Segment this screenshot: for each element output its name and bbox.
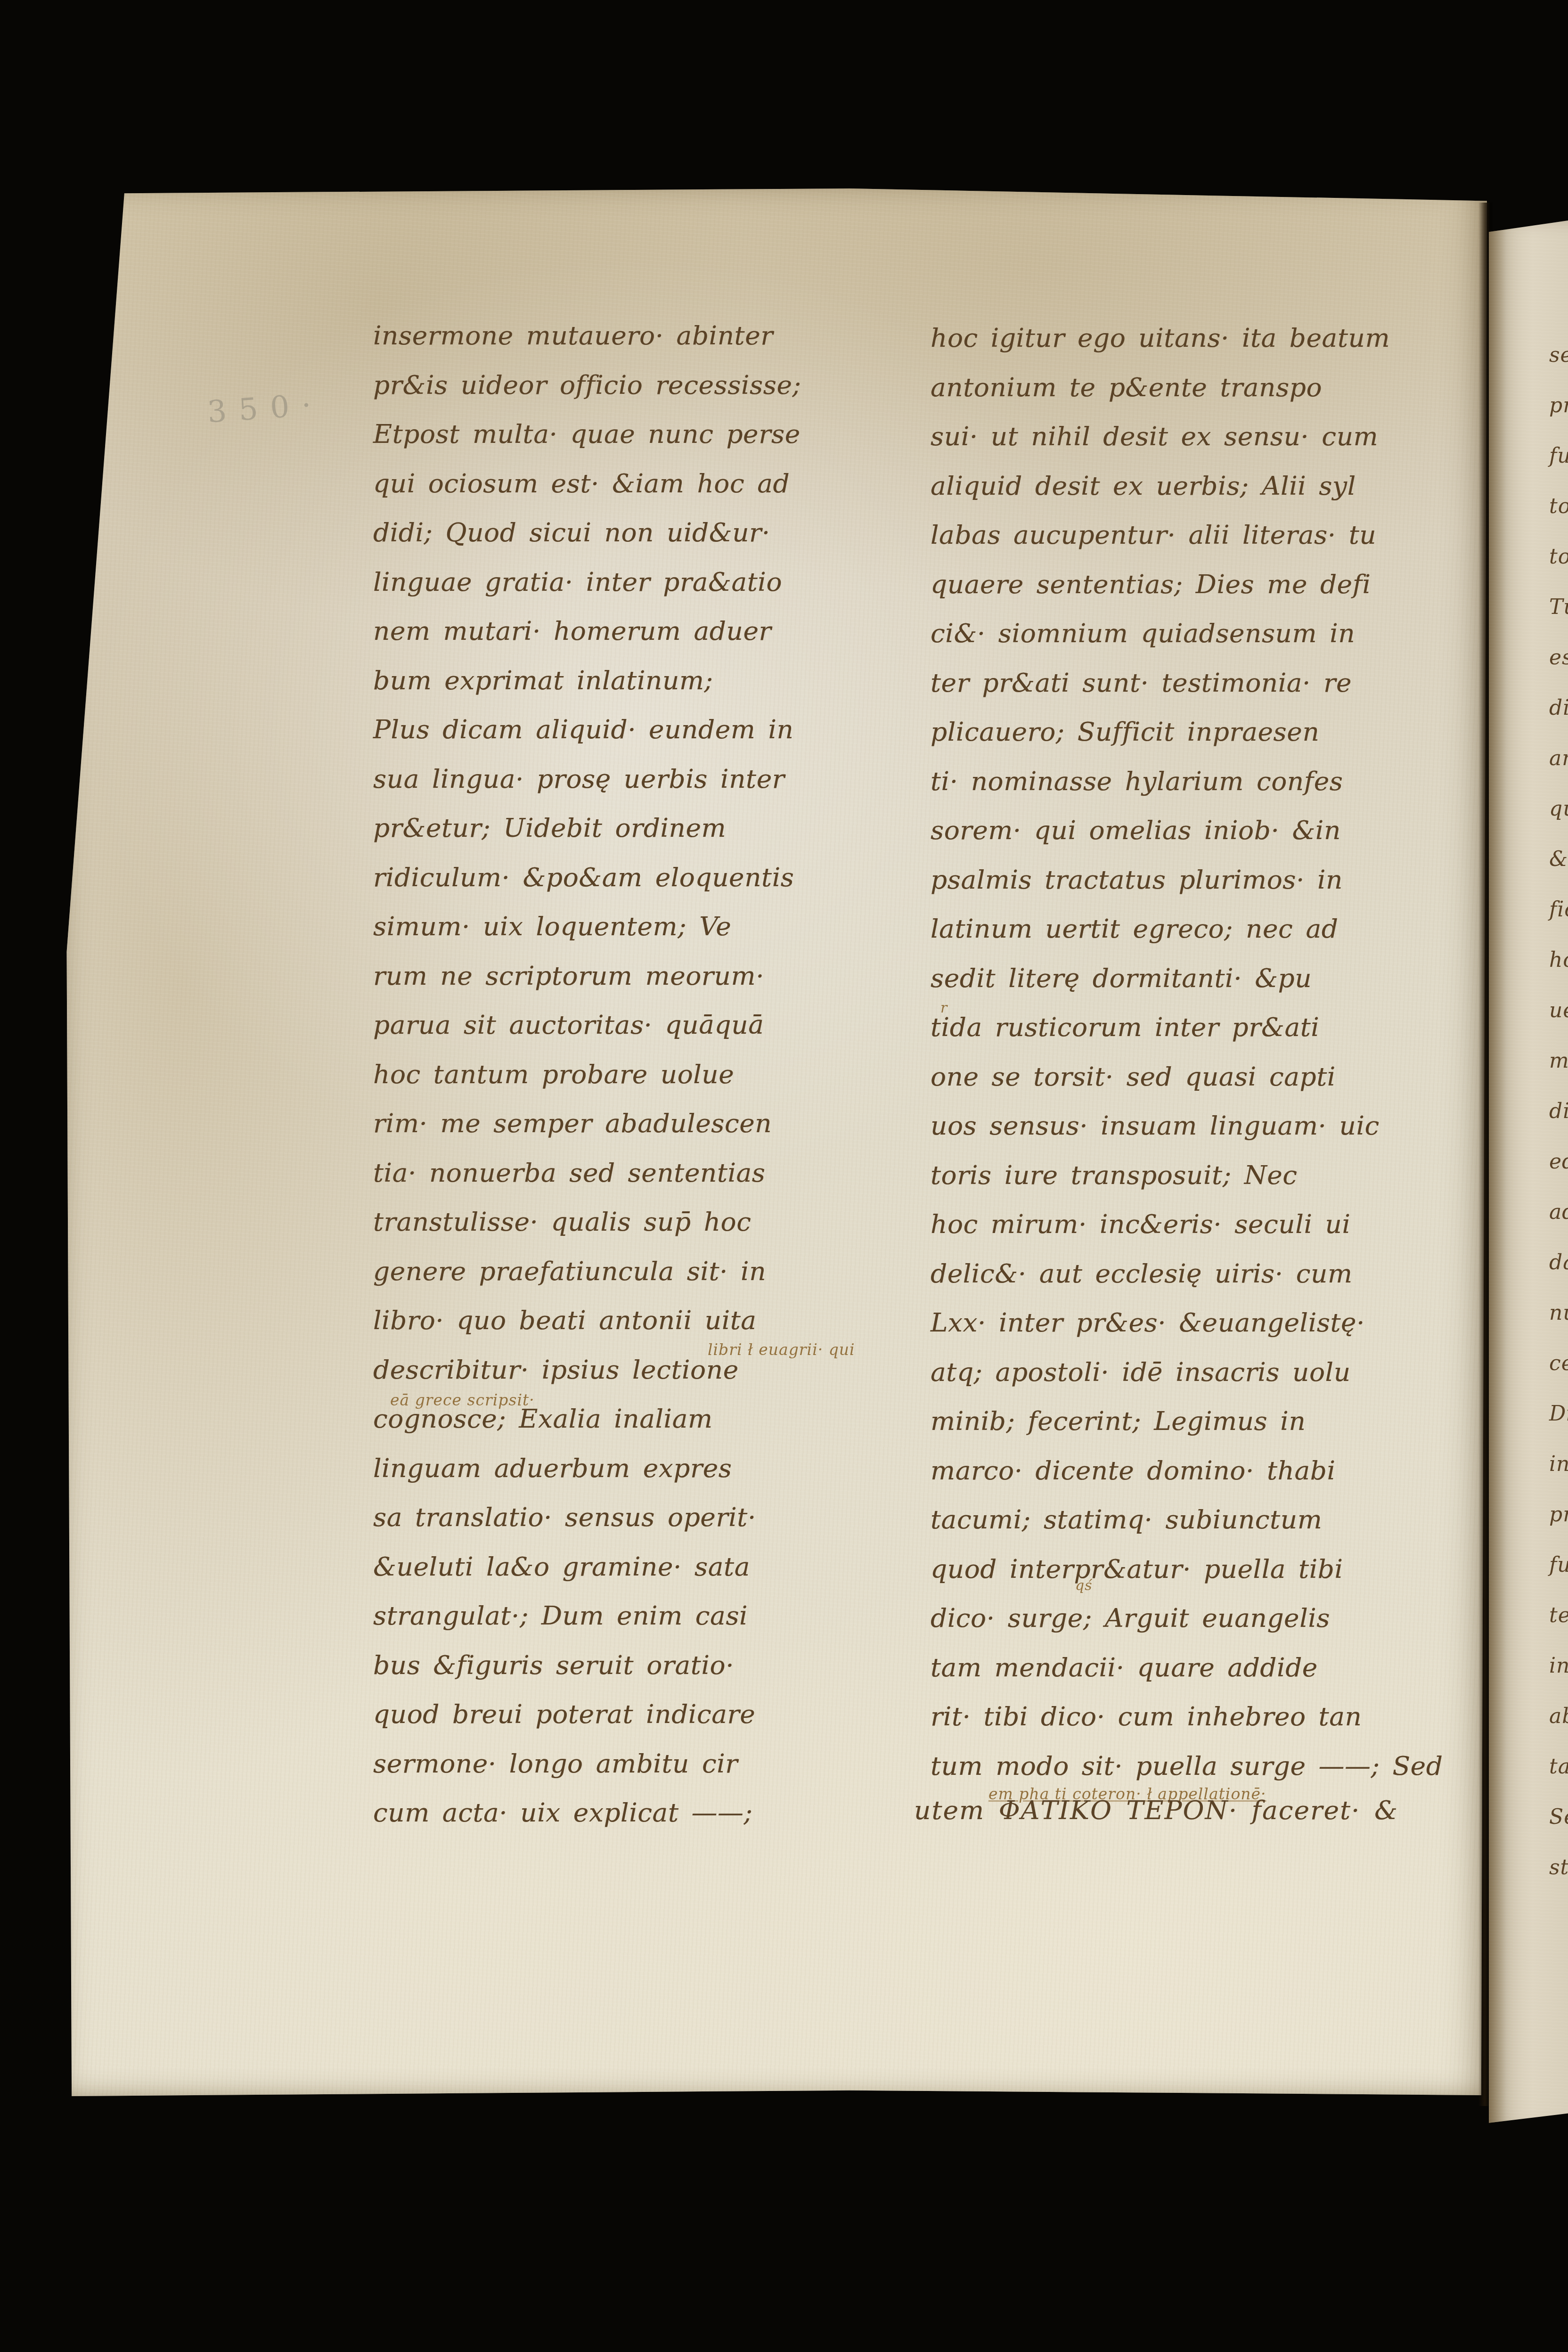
fragment-line: Dix bbox=[1549, 1388, 1568, 1439]
text-line: atq; apostoli· idē insacris uolu bbox=[931, 1347, 1477, 1397]
text-line: sorem· qui omelias iniob· &in bbox=[931, 806, 1477, 855]
text-line: libro· quo beati antonii uita bbox=[373, 1296, 915, 1345]
fragment-line: dis bbox=[1549, 1086, 1568, 1136]
text-line: quod interpr&atur· puella tibi bbox=[931, 1544, 1477, 1594]
text-line: hoc mirum· inc&eris· seculi ui bbox=[931, 1200, 1477, 1249]
fragment-line: da bbox=[1549, 1237, 1568, 1288]
fragment-line: est bbox=[1549, 632, 1568, 683]
fragment-line: ab bbox=[1549, 1691, 1568, 1741]
text-line: ci&· siomnium quiadsensum in bbox=[931, 609, 1477, 658]
text-line: nem mutari· homerum aduer bbox=[373, 606, 915, 656]
fragment-line: mu bbox=[1549, 1036, 1568, 1086]
text-line: Plus dicam aliquid· eundem in bbox=[373, 705, 915, 754]
greek-bottom-line: utem ΦΑΤΙΚΟ ΤΕΡΟΝ· faceret· & bbox=[914, 1795, 1398, 1825]
text-line: Etpost multa· quae nunc perse bbox=[373, 409, 915, 459]
text-line: Lxx· inter pr&es· &euangelistę· bbox=[931, 1298, 1477, 1347]
text-line: hoc igitur ego uitans· ita beatum bbox=[931, 313, 1477, 363]
text-line: bum exprimat inlatinum; bbox=[373, 656, 915, 705]
folio-number: 350· bbox=[206, 387, 325, 430]
fragment-line: ser bbox=[1549, 330, 1568, 380]
text-line: pr&etur; Uidebit ordinem bbox=[373, 803, 915, 853]
fragment-line: fu bbox=[1549, 1540, 1568, 1590]
text-line: sui· ut nihil desit ex sensu· cum bbox=[931, 412, 1477, 461]
text-line: plicauero; Sufficit inpraesen bbox=[931, 707, 1477, 757]
text-line: &ueluti la&o gramine· sata bbox=[373, 1542, 915, 1592]
fragment-line: pr bbox=[1549, 1489, 1568, 1540]
text-line: dico· surge; Arguit euangelis bbox=[931, 1593, 1477, 1643]
manuscript-scan: 350· insermone mutauero· abinterpr&is ui… bbox=[0, 0, 1568, 2352]
fragment-line: ue bbox=[1549, 985, 1568, 1036]
text-line: rit· tibi dico· cum inhebreo tan bbox=[931, 1692, 1477, 1741]
fragment-line: dic bbox=[1549, 683, 1568, 733]
fragment-line: tor bbox=[1549, 481, 1568, 531]
fragment-line: in bbox=[1549, 1641, 1568, 1691]
fragment-line: ce bbox=[1549, 1338, 1568, 1388]
text-line: tum modo sit· puella surge ——; Sed bbox=[931, 1741, 1477, 1791]
fragment-line: edi bbox=[1549, 1136, 1568, 1187]
text-line: transtulisse· qualis sup̄ hoc bbox=[373, 1197, 915, 1247]
fragment-line: to bbox=[1549, 531, 1568, 582]
text-line: linguae gratia· inter pra&atio bbox=[373, 557, 915, 607]
fragment-line: quo bbox=[1549, 784, 1568, 834]
text-line: ter pr&ati sunt· testimonia· re bbox=[931, 658, 1477, 708]
text-line: insermone mutauero· abinter bbox=[373, 311, 915, 360]
text-line: quod breui poterat indicare bbox=[373, 1690, 915, 1739]
text-line: toris iure transposuit; Nec bbox=[931, 1151, 1477, 1200]
fragment-line: Se bbox=[1549, 1792, 1568, 1842]
fragment-line: sti bbox=[1549, 1842, 1568, 1893]
fragment-line: fum bbox=[1549, 431, 1568, 481]
text-line: psalmis tractatus plurimos· in bbox=[931, 855, 1477, 905]
fragment-line: in bbox=[1549, 1439, 1568, 1489]
next-folio-edge: serprfumtortoTunestdicargquo&cfichouemud… bbox=[1489, 220, 1568, 2129]
text-line: parua sit auctoritas· quāquā bbox=[373, 1000, 915, 1050]
text-line: delic&· aut ecclesię uiris· cum bbox=[931, 1249, 1477, 1298]
fragment-line: fic bbox=[1549, 884, 1568, 935]
next-folio-text-fragments: serprfumtortoTunestdicargquo&cfichouemud… bbox=[1549, 330, 1568, 1893]
fragment-line: arg bbox=[1549, 733, 1568, 784]
text-line: quaere sententias; Dies me defi bbox=[931, 560, 1477, 609]
fragment-line: Tun bbox=[1549, 582, 1568, 632]
fragment-line: nu bbox=[1549, 1288, 1568, 1338]
text-line: pr&is uideor officio recessisse; bbox=[373, 360, 915, 410]
text-line: sa translatio· sensus operit· bbox=[373, 1493, 915, 1542]
text-line: genere praefatiuncula sit· in bbox=[373, 1247, 915, 1296]
text-line: simum· uix loquentem; Ve bbox=[373, 902, 915, 951]
text-line: sermone· longo ambitu cir bbox=[373, 1739, 915, 1788]
fragment-line: &c bbox=[1549, 834, 1568, 884]
text-line: rim· me semper abadulescen bbox=[373, 1099, 915, 1148]
text-line: cum acta· uix explicat ——; bbox=[373, 1788, 915, 1837]
text-line: marco· dicente domino· thabi bbox=[931, 1446, 1477, 1495]
interlinear-gloss-r: r bbox=[940, 1000, 947, 1016]
text-line: rum ne scriptorum meorum· bbox=[373, 951, 915, 1001]
text-line: aliquid desit ex uerbis; Alii syl bbox=[931, 461, 1477, 511]
text-line: bus &figuris seruit oratio· bbox=[373, 1641, 915, 1690]
text-line: qui ociosum est· &iam hoc ad bbox=[373, 459, 915, 508]
text-column-right: hoc igitur ego uitans· ita beatumantoniu… bbox=[931, 313, 1477, 1790]
fragment-line: te bbox=[1549, 1590, 1568, 1641]
text-line: ridiculum· &po&am eloquentis bbox=[373, 853, 915, 902]
interlinear-gloss-grece: eā grece scripsit· bbox=[390, 1391, 535, 1409]
fragment-line: ta bbox=[1549, 1741, 1568, 1792]
text-line: hoc tantum probare uolue bbox=[373, 1050, 915, 1099]
text-line: antonium te p&ente transpo bbox=[931, 363, 1477, 412]
text-line: latinum uertit egreco; nec ad bbox=[931, 904, 1477, 954]
text-line: uos sensus· insuam linguam· uic bbox=[931, 1101, 1477, 1151]
text-line: ti· nominasse hylarium confes bbox=[931, 757, 1477, 806]
fragment-line: ad bbox=[1549, 1187, 1568, 1237]
text-line: linguam aduerbum expres bbox=[373, 1444, 915, 1493]
text-line: tacumi; statimq· subiunctum bbox=[931, 1495, 1477, 1544]
text-line: didi; Quod sicui non uid&ur· bbox=[373, 508, 915, 557]
text-line: sua lingua· prosę uerbis inter bbox=[373, 754, 915, 804]
text-line: labas aucupentur· alii literas· tu bbox=[931, 510, 1477, 560]
text-line: strangulat·; Dum enim casi bbox=[373, 1591, 915, 1641]
fragment-line: pr bbox=[1549, 380, 1568, 431]
text-line: tida rusticorum inter pr&ati bbox=[931, 1003, 1477, 1052]
text-line: tam mendacii· quare addide bbox=[931, 1643, 1477, 1692]
text-column-left: insermone mutauero· abinterpr&is uideor … bbox=[373, 311, 915, 1837]
text-line: one se torsit· sed quasi capti bbox=[931, 1052, 1477, 1102]
fragment-line: ho bbox=[1549, 935, 1568, 985]
text-line: sedit literę dormitanti· &pu bbox=[931, 954, 1477, 1003]
text-line: minib; fecerint; Legimus in bbox=[931, 1396, 1477, 1446]
text-line: tia· nonuerba sed sententias bbox=[373, 1148, 915, 1198]
interlinear-gloss-libri: libri ł euagrii· qui bbox=[708, 1340, 855, 1359]
interlinear-gloss-qs: qś bbox=[1075, 1577, 1093, 1594]
